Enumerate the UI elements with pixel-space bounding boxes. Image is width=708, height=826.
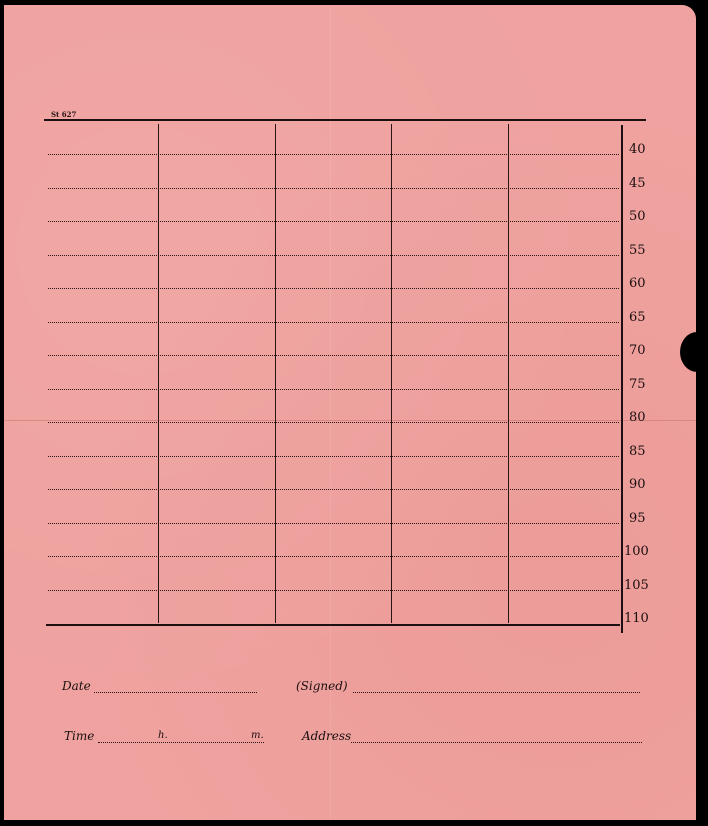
table-top-rule xyxy=(44,119,646,121)
row-label: 105 xyxy=(624,578,649,593)
column-divider xyxy=(158,124,159,623)
row-label: 45 xyxy=(629,176,646,191)
row-divider xyxy=(48,322,619,323)
row-divider xyxy=(48,355,619,356)
column-divider xyxy=(275,124,276,623)
row-divider xyxy=(48,422,619,423)
row-divider xyxy=(48,556,619,557)
row-label: 65 xyxy=(629,310,646,325)
signature-field[interactable] xyxy=(353,692,640,693)
row-divider xyxy=(48,489,619,490)
fold-crease-vertical xyxy=(330,5,331,820)
minutes-unit: m. xyxy=(251,730,264,741)
row-label: 60 xyxy=(629,276,646,291)
row-divider xyxy=(48,188,619,189)
row-divider xyxy=(48,288,619,289)
address-label: Address xyxy=(302,729,351,743)
time-field[interactable] xyxy=(98,742,264,743)
row-label: 90 xyxy=(629,477,646,492)
fold-crease-horizontal xyxy=(4,420,696,421)
signed-label: (Signed) xyxy=(296,679,348,693)
row-label: 70 xyxy=(629,343,646,358)
row-label: 40 xyxy=(629,142,646,157)
table-right-rule xyxy=(621,125,623,633)
hours-unit: h. xyxy=(158,730,168,741)
row-label: 100 xyxy=(624,544,649,559)
row-divider xyxy=(48,255,619,256)
row-label: 80 xyxy=(629,410,646,425)
row-divider xyxy=(48,590,619,591)
row-divider xyxy=(48,221,619,222)
row-divider xyxy=(48,389,619,390)
table-bottom-rule xyxy=(46,624,620,626)
row-label: 110 xyxy=(624,611,649,626)
row-divider xyxy=(48,523,619,524)
row-divider xyxy=(48,456,619,457)
form-code: St 627 xyxy=(51,110,76,119)
row-label: 75 xyxy=(629,377,646,392)
date-field[interactable] xyxy=(94,692,257,693)
column-divider xyxy=(391,124,392,623)
torn-notch xyxy=(680,332,708,372)
column-divider xyxy=(508,124,509,623)
address-field[interactable] xyxy=(351,742,642,743)
date-label: Date xyxy=(62,679,91,693)
row-label: 55 xyxy=(629,243,646,258)
row-label: 95 xyxy=(629,511,646,526)
row-divider xyxy=(48,154,619,155)
time-label: Time xyxy=(64,729,94,743)
row-label: 50 xyxy=(629,209,646,224)
paper-sheet xyxy=(4,5,696,820)
row-label: 85 xyxy=(629,444,646,459)
